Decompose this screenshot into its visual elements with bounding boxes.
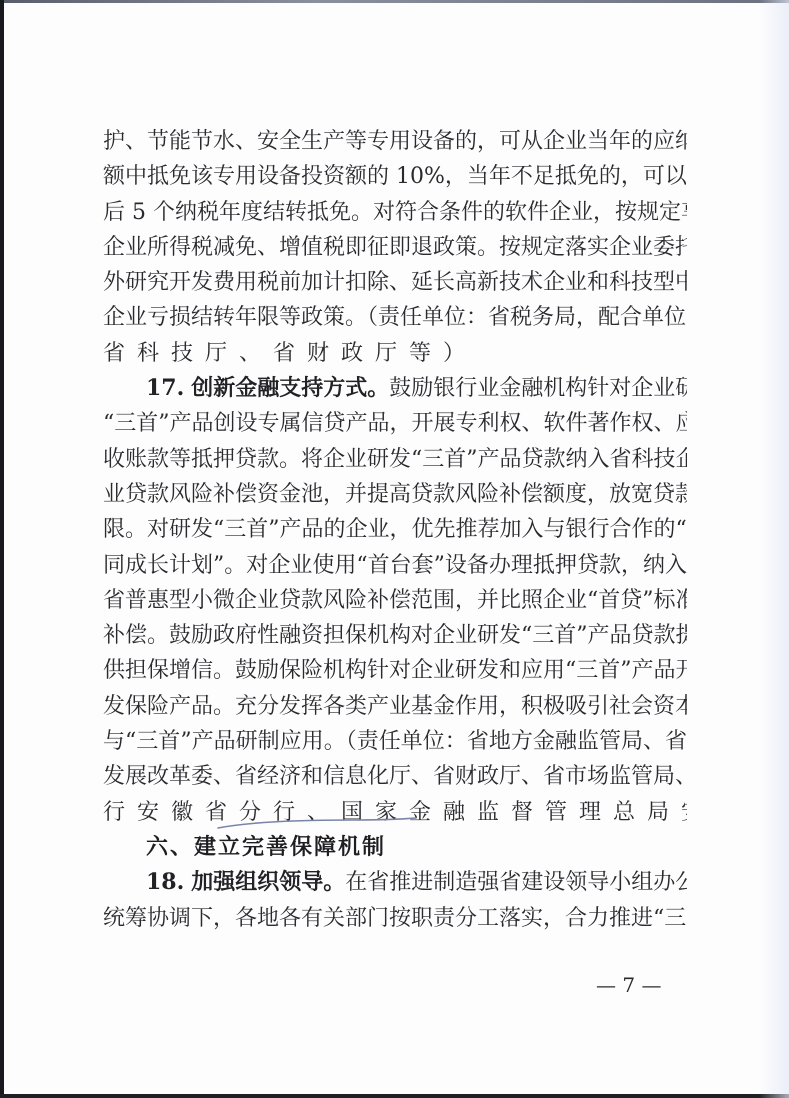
item-17-title: 创新金融支持方式。 <box>191 375 389 401</box>
item-18-paragraph: 18. 加强组织领导。在省推进制造强省建设领导小组办公室 统筹协调下，各地各有关… <box>103 865 687 936</box>
item-17-paragraph: 17. 创新金融支持方式。鼓励银行业金融机构针对企业研发 “三首”产品创设专属信… <box>103 371 687 830</box>
item-18-first-line-text: 在省推进制造强省建设领导小组办公室 <box>345 870 687 895</box>
paragraph-continued: 护、节能节水、安全生产等专用设备的，可从企业当年的应纳税 额中抵免该专用设备投资… <box>103 124 687 371</box>
text-line: 外研究开发费用税前加计扣除、延长高新技术企业和科技型中小 <box>103 265 687 300</box>
scan-border-bottom <box>0 1094 789 1098</box>
text-line: 收账款等抵押贷款。将企业研发“三首”产品贷款纳入省科技企 <box>103 442 687 477</box>
scan-border-top <box>0 0 789 3</box>
document-page-body: 护、节能节水、安全生产等专用设备的，可从企业当年的应纳税 额中抵免该专用设备投资… <box>103 124 687 936</box>
text-line: 额中抵免该专用设备投资额的 10%，当年不足抵免的，可以在以 <box>103 159 687 194</box>
text-line: 企业亏损结转年限等政策。（责任单位：省税务局，配合单位： <box>103 300 687 335</box>
text-line: 护、节能节水、安全生产等专用设备的，可从企业当年的应纳税 <box>103 124 687 159</box>
text-line: 发保险产品。充分发挥各类产业基金作用，积极吸引社会资本参 <box>103 689 687 724</box>
scan-edge-tint <box>759 0 789 1098</box>
text-line: 统筹协调下，各地各有关部门按职责分工落实，合力推进“三首” <box>103 901 687 936</box>
text-line-underlined: 发展改革委、省经济和信息化厅、省财政厅、省市场监管局、人 <box>103 759 687 794</box>
item-17-first-line-text: 鼓励银行业金融机构针对企业研发 <box>389 376 687 401</box>
text-line: 企业所得税减免、增值税即征即退政策。按规定落实企业委托境 <box>103 230 687 265</box>
section-heading-text: 六、建立完善保障机制 <box>146 835 386 860</box>
text-line: 业贷款风险补偿资金池，并提高贷款风险补偿额度，放宽贷款期 <box>103 477 687 512</box>
item-17-number: 17. <box>146 375 184 401</box>
scan-border-left <box>0 0 4 1098</box>
text-line: 省普惠型小微企业贷款风险补偿范围，并比照企业“首贷”标准 <box>103 583 687 618</box>
text-line: 行安徽省分行、国家金融监督管理总局安徽监管局） <box>103 795 687 830</box>
page-number: — 7 — <box>596 972 661 998</box>
text-line: 补偿。鼓励政府性融资担保机构对企业研发“三首”产品贷款提 <box>103 618 687 653</box>
text-line: 同成长计划”。对企业使用“首台套”设备办理抵押贷款，纳入 <box>103 548 687 583</box>
item-18-number: 18. <box>146 869 184 895</box>
text-line: 省科技厅、省财政厅等） <box>103 336 687 371</box>
text-line: 供担保增信。鼓励保险机构针对企业研发和应用“三首”产品开 <box>103 653 687 688</box>
item-18-title: 加强组织领导。 <box>191 869 345 895</box>
text-line: “三首”产品创设专属信贷产品，开展专利权、软件著作权、应 <box>103 406 687 441</box>
text-line: 后 5 个纳税年度结转抵免。对符合条件的软件企业，按规定享受 <box>103 195 687 230</box>
item-18-first-line: 18. 加强组织领导。在省推进制造强省建设领导小组办公室 <box>103 865 687 900</box>
section-6-heading: 六、建立完善保障机制 <box>103 830 687 865</box>
text-line: 限。对研发“三首”产品的企业，优先推荐加入与银行合作的“共 <box>103 512 687 547</box>
text-line: 与“三首”产品研制应用。（责任单位：省地方金融监管局、省 <box>103 724 687 759</box>
item-17-first-line: 17. 创新金融支持方式。鼓励银行业金融机构针对企业研发 <box>103 371 687 406</box>
